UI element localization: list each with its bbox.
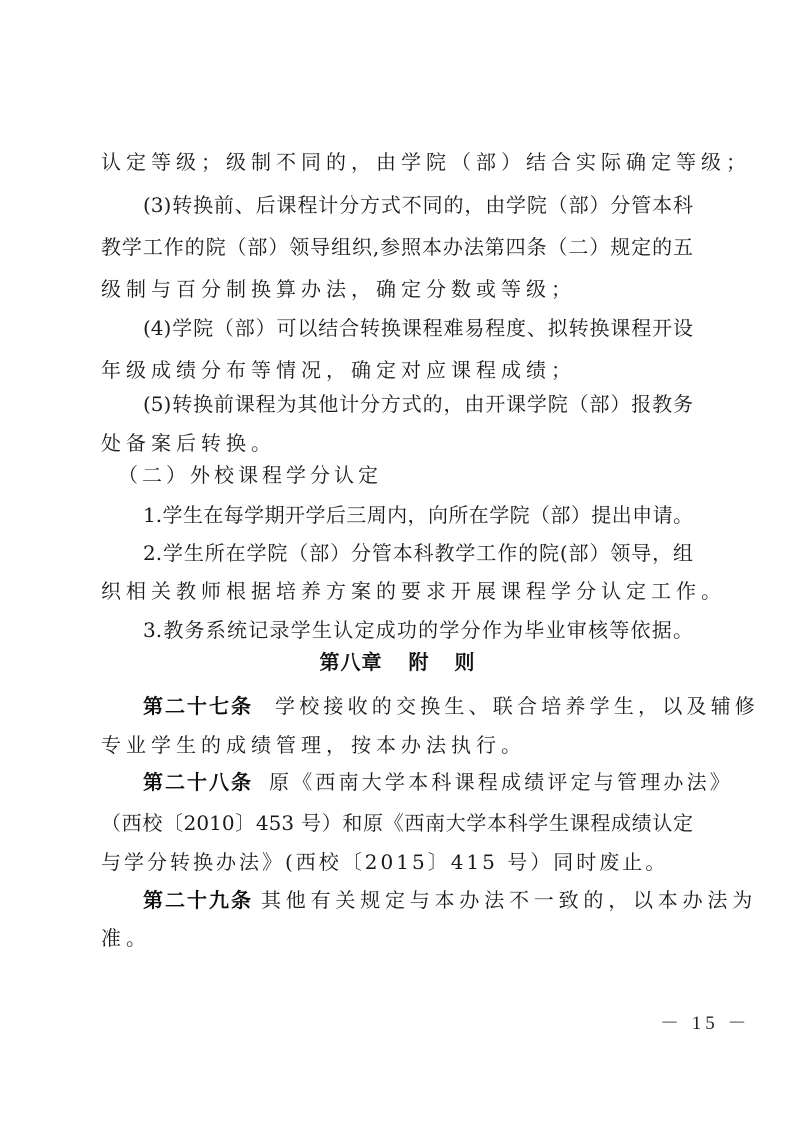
paragraph-line: 教学工作的院（部）领导组织,参照本办法第四条（二）规定的五 [101,231,693,263]
paragraph-line: 认定等级；级制不同的，由学院（部）结合实际确定等级； [101,146,693,178]
paragraph-line: 2.学生所在学院（部）分管本科教学工作的院(部）领导，组 [143,537,693,569]
article-text: 原《西南大学本科课程成绩评定与管理办法》 [269,770,733,794]
paragraph-line: 3.教务系统记录学生认定成功的学分作为毕业审核等依据。 [143,614,693,646]
paragraph-line: 织相关教师根据培养方案的要求开展课程学分认定工作。 [101,575,693,607]
article-label: 第二十八条 [143,770,253,794]
paragraph-line: 处备案后转换。 [101,427,693,459]
section-subheading: （二）外校课程学分认定 [118,459,668,491]
paragraph-line: 级制与百分制换算办法，确定分数或等级； [101,273,693,305]
paragraph-line: 年级成绩分布等情况，确定对应课程成绩； [101,354,693,386]
article-29-first-line: 第二十九条其他有关规定与本办法不一致的，以本办法为 [143,884,693,916]
chapter-heading: 第八章附则 [0,646,794,678]
article-27-continuation: 专业学生的成绩管理，按本办法执行。 [101,729,693,761]
article-label: 第二十七条 [143,694,253,718]
paragraph-line: (3)转换前、后课程计分方式不同的，由学院（部）分管本科 [143,189,693,221]
article-28-first-line: 第二十八条原《西南大学本科课程成绩评定与管理办法》 [143,766,693,798]
document-page: 认定等级；级制不同的，由学院（部）结合实际确定等级； (3)转换前、后课程计分方… [0,0,794,1123]
paragraph-line: (5)转换前课程为其他计分方式的，由开课学院（部）报教务 [143,388,693,420]
paragraph-line: 1.学生在每学期开学后三周内，向所在学院（部）提出申请。 [143,499,693,531]
article-29-continuation: 准。 [101,922,693,954]
article-27-first-line: 第二十七条学校接收的交换生、联合培养学生，以及辅修 [143,690,693,722]
article-text: 学校接收的交换生、联合培养学生，以及辅修 [275,694,759,718]
chapter-heading-word-1: 附 [409,646,429,678]
article-28-continuation: （西校〔2010〕453 号）和原《西南大学本科学生课程成绩认定 [101,807,693,839]
page-number: － 15 － [660,1008,751,1035]
article-28-continuation: 与学分转换办法》(西校〔2015〕415 号）同时废止。 [101,846,693,878]
paragraph-line: (4)学院（部）可以结合转换课程难易程度、拟转换课程开设 [143,312,693,344]
article-label: 第二十九条 [143,888,253,912]
chapter-heading-word-2: 则 [455,646,475,678]
chapter-heading-number: 第八章 [320,646,383,678]
article-text: 其他有关规定与本办法不一致的，以本办法为 [261,888,757,912]
